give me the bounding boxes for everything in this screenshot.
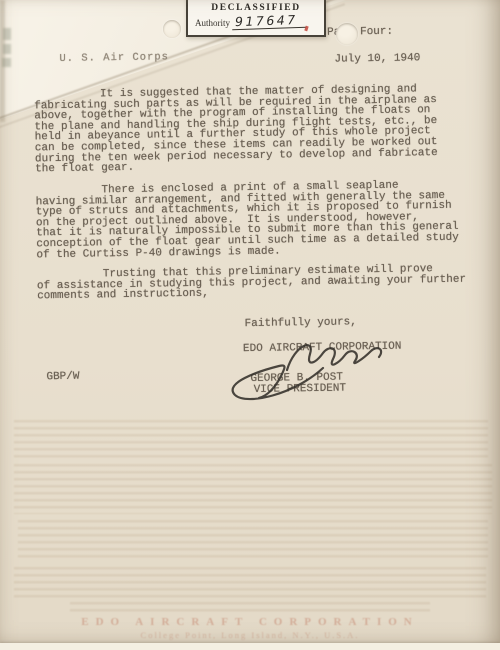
paragraph-3: Trusting that this preliminary estimate … bbox=[37, 264, 467, 303]
paragraph-2: There is enclosed a print of a small sea… bbox=[35, 180, 459, 261]
stamp-authority-row: Authority 917647 bbox=[188, 14, 324, 30]
paragraph-1: It is suggested that the matter of desig… bbox=[34, 84, 438, 175]
stamp-authority-label: Authority bbox=[195, 18, 230, 28]
punch-hole bbox=[336, 23, 358, 45]
typewritten-content: U. S. Air Corps Page Four: July 10, 1940… bbox=[0, 0, 500, 650]
stamp-red-mark bbox=[304, 26, 308, 32]
stamp-authority-number: 917647 bbox=[232, 12, 306, 31]
handwritten-signature bbox=[225, 338, 425, 418]
scan-bottom-edge bbox=[0, 643, 500, 650]
typist-initials: GBP/W bbox=[46, 372, 79, 383]
scanned-letter-page: EDO AIRCRAFT CORPORATION College Point, … bbox=[0, 0, 500, 650]
declassified-stamp: DECLASSIFIED Authority 917647 bbox=[186, 0, 326, 37]
punch-hole bbox=[163, 20, 181, 38]
recipient-line: U. S. Air Corps bbox=[59, 52, 169, 64]
letter-date: July 10, 1940 bbox=[334, 53, 420, 65]
valediction: Faithfully yours, bbox=[245, 317, 357, 329]
